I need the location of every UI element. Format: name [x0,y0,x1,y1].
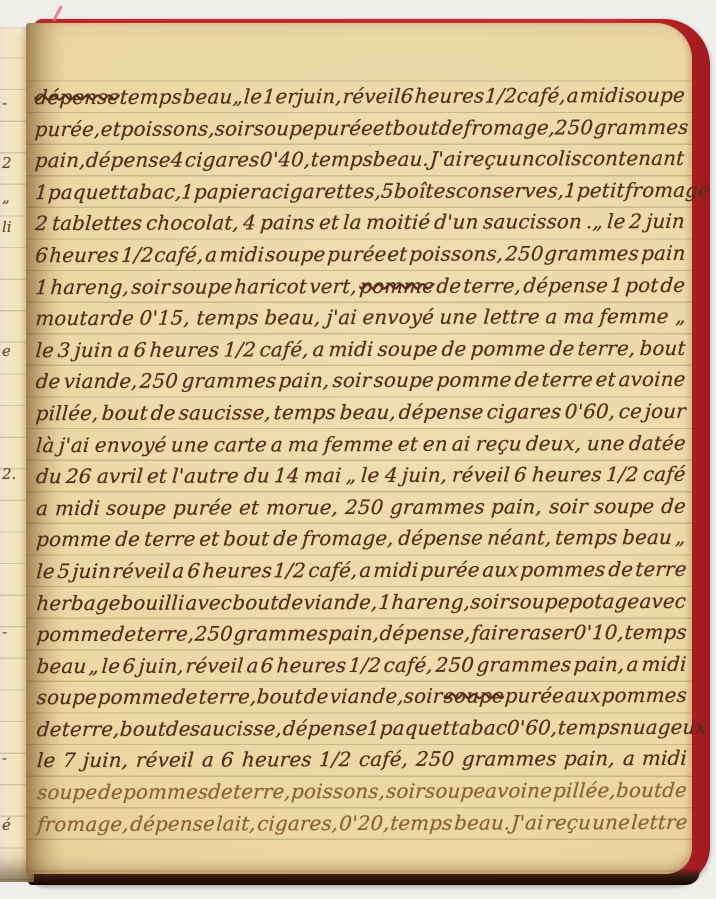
word: 6 [122,650,137,682]
word: beau [621,522,673,554]
word: heures [531,459,603,491]
word: soir [331,365,372,397]
word: avoine [485,775,554,807]
word: soir [385,776,426,808]
word: purée [172,492,233,524]
word: terre, [61,714,121,746]
word: purée, [34,113,102,145]
word: ma [562,301,595,333]
word: a [621,744,635,776]
word: j'ai [325,302,358,334]
word: pomme [436,365,513,397]
word: tabac [450,712,508,744]
word: purée [420,554,481,586]
word: 14 [273,460,301,492]
word: a [172,556,186,588]
word: 1/2 [222,334,257,366]
word: dépense [397,523,484,555]
word: 1 [34,272,49,304]
word: grammes [389,491,486,523]
word: temps [390,807,454,839]
word: le [35,556,56,588]
handwritten-line: moutarde0'15,tempsbeau,j'aienvoyéunelett… [35,301,685,335]
word: pillée, [35,398,100,430]
word: pommes [122,777,209,809]
margin-ink-fragment: li [2,218,12,236]
word: cigarettes, [271,176,382,208]
margin-ink-fragment: - [2,94,7,112]
word: beau. [372,144,430,176]
word: et [372,112,394,144]
word: a [35,493,49,525]
word: lait, [215,808,257,840]
word: soir [214,113,255,145]
word: grammes [475,649,572,681]
word: envoyé [361,302,435,334]
word: fromage, [36,808,130,840]
word: „ [345,460,358,492]
word: avril [96,461,144,493]
word: 250 [344,492,384,524]
word: grammes [180,366,277,398]
word: viande, [62,366,138,398]
word: une [585,428,625,460]
word: de [441,333,468,365]
word: 250 [554,112,594,144]
struck-word: soupe [443,681,505,713]
word: viande, [328,681,404,713]
word: „ [675,522,688,554]
word: carte [212,429,267,461]
word: temps [556,712,620,744]
word: avoine [618,364,687,396]
word: mai [303,460,343,492]
word: papier [193,176,261,208]
word: pains [259,208,316,240]
word: de [36,714,63,746]
word: pain, [328,618,381,650]
word: de [435,270,462,302]
word: pomme [35,524,112,556]
word: bout [101,398,149,430]
handwritten-line: du26avriletl'autredu14mai„le4juin,réveil… [36,459,686,493]
word: de [172,682,199,714]
word: a [312,334,326,366]
handwritten-line: pommedeterre,250grammespain,dépense,fair… [37,617,687,651]
word: et [146,461,168,493]
word: l'autre [171,461,240,493]
word: de [661,775,688,807]
word: soir [469,586,510,618]
word: là [35,430,56,462]
word: pillée, [552,775,617,807]
word: d'un [433,207,479,239]
word: de [111,619,138,651]
word: lettre [630,807,688,839]
word: de [548,333,575,365]
word: saucisson [482,207,583,239]
word: soupe [373,365,435,397]
word: et [100,113,122,145]
word: temps [555,522,619,554]
word: de [438,112,465,144]
word: faire [471,618,521,650]
word: juin [71,556,112,588]
handwritten-line: pillée,boutdesaucisse,tempsbeau,dépensec… [36,396,686,430]
word: nuageux [619,712,708,744]
word: purée [504,681,565,713]
word: heures [241,745,313,777]
margin-ink-fragment: 2. [2,465,16,483]
diary-page: dépensetempsbeau„le1erjuin,réveil6heures… [26,23,692,874]
word: bouilli [120,587,186,619]
word: 1/2 [120,240,155,272]
word: soupe [105,492,167,524]
word: beau, [263,302,321,334]
word: néant, [486,523,553,555]
word: le [606,206,627,238]
word: heures [49,240,121,272]
handwritten-line: deterre,boutdesaucisse,dépense1paquettab… [37,712,687,746]
word: et [397,428,419,460]
word: réveil [451,460,511,492]
word: 26 [65,461,93,493]
word: soupe [623,80,685,112]
word: de [97,777,124,809]
word: le [35,335,56,367]
word: café, [259,334,310,366]
word: soir [403,681,444,713]
word: 0'60, [564,396,617,428]
notebook-scan: -2„lie2.--é dépensetempsbeau„le1erjuin,r… [0,0,716,899]
handwritten-line: 6heures1/2café,amidisoupepuréeetpoissons… [35,238,685,272]
word: 7 [62,745,77,777]
word: pain, [563,744,616,776]
word: de [207,777,234,809]
word: herbage [35,587,121,619]
word: du [243,460,271,492]
word: paquet [379,713,452,745]
handwritten-line: soupepommedeterre,boutdeviande,soirsoupe… [37,680,687,714]
word: bout [256,681,304,713]
word: midi [641,649,688,681]
word: midi [373,555,420,587]
word: raser [518,617,574,649]
word: terre, [198,682,258,714]
word: 6 [260,650,275,682]
word: soupe [36,682,98,714]
word: soupe [593,491,655,523]
word: jour [644,396,687,428]
word: 0'10, [572,617,625,649]
word: 0'60, [506,712,559,744]
word: grammes [233,618,330,650]
word: 5 [56,556,71,588]
word: de [35,366,62,398]
word: terre [634,554,687,586]
word: 2 [34,208,49,240]
word: midi [328,334,375,366]
word: pain, [573,649,626,681]
word: j'ai [58,429,91,461]
word: réveil [135,745,195,777]
word: poissons, [408,238,504,270]
word: café, [307,555,358,587]
word: beau, [339,397,397,429]
word: temps [195,303,259,335]
word: boîtes [393,175,457,207]
word: femme [599,301,670,333]
handwritten-line: deviande,250grammespain,soirsoupepommede… [36,364,686,398]
word: 4 [170,145,185,177]
word: 6 [400,81,415,113]
word: vert, [308,271,358,303]
word: „ [674,301,687,333]
word: grammes [544,238,641,270]
word: de [164,713,191,745]
word: 4 [384,460,399,492]
word: heures [413,81,485,113]
word: pain, [490,491,543,523]
word: une [591,807,631,839]
word: poissons, [291,776,387,808]
word: a [116,335,130,367]
word: cigares [184,145,261,177]
word: 1/2 [605,459,640,491]
word: dépense [85,145,172,177]
word: de [114,524,141,556]
word: de [607,554,634,586]
word: grammes [461,744,558,776]
word: de [659,269,686,301]
word: réveil [185,650,245,682]
word: beau [36,651,88,683]
word: heures [275,650,347,682]
word: aux [564,680,602,712]
word: dépense [522,270,609,302]
word: ai [451,428,472,460]
word: colis [534,143,583,175]
word: petit [576,175,626,207]
margin-ink-fragment: e [2,342,11,360]
word: avec [639,585,688,617]
word: aux [481,554,519,586]
word: juin, [137,650,184,682]
word: 0'40, [259,144,312,176]
word: „ [88,651,101,683]
word: a [201,745,215,777]
word: bout [118,714,166,746]
word: 250 [194,619,234,651]
word: 6 [513,460,528,492]
word: pomme [469,333,546,365]
word: un [508,144,536,176]
word: J'ai [510,807,544,839]
word: et [318,207,340,239]
handwritten-line: fromage,dépenselait,cigares,0'20,tempsbe… [37,807,687,841]
word: soupe [508,586,570,618]
word: juin, [401,460,448,492]
word: en [422,428,449,460]
handwritten-line: beau„le6juin,réveila6heures1/2café,250gr… [37,649,687,683]
word: chocolat, [145,208,240,240]
word: le [36,746,57,778]
word: reçu [462,144,510,176]
handwritten-line: dépensetempsbeau„le1erjuin,réveil6heures… [35,80,685,114]
word: café, [516,80,567,112]
word: ma [287,429,320,461]
handwritten-line: le7juin,réveila6heures1/2café,250grammes… [37,743,687,777]
word: une [170,429,210,461]
word: deux, [525,428,583,460]
word: temps [623,617,687,649]
word: 6 [186,555,201,587]
word: juin [74,335,115,367]
word: terre, [232,776,292,808]
word: bout [638,333,686,365]
handwritten-text: dépensetempsbeau„le1erjuin,réveil6heures… [35,80,688,841]
margin-ink-fragment: - [2,749,7,767]
handwritten-line: le5juinréveila6heures1/2café,amidipuréea… [36,554,686,588]
word: café [642,459,687,491]
word: du [35,461,63,493]
word: pommes [601,680,688,712]
word: J'ai [429,144,463,176]
word: et [387,239,409,271]
word: a [270,429,284,461]
word: potage [569,586,641,618]
word: une [439,302,479,334]
word: terre [541,365,594,397]
word: 1/2 [348,650,383,682]
word: terre, [577,333,637,365]
word: soupe [171,271,233,303]
word: heures [201,555,273,587]
word: bout [392,112,440,144]
word: soupe [36,777,98,809]
word: et [238,492,260,524]
word: la [342,207,363,239]
word: 0'20, [338,808,391,840]
word: tablettes [51,208,143,240]
word: a [246,650,260,682]
word: pomme [36,619,113,651]
word: de [660,491,687,523]
word: paquet [47,177,120,209]
word: grammes [593,111,690,143]
handwritten-line: le3juina6heures1/2café,amidisoupedepomme… [36,333,686,367]
handwritten-line: herbagebouilliavecboutdeviande,1hareng,s… [36,585,686,619]
word: 6 [220,745,235,777]
word: saucisse, [189,713,283,745]
word: reçu [544,807,592,839]
word: pain [640,238,686,270]
word: beau. [453,807,511,839]
word: midi [218,239,265,271]
word: terre, [136,619,196,651]
word: 6 [132,334,147,366]
word: cigares [486,396,563,428]
handwritten-line: pain,dépense4cigares0'40,tempsbeau.J'air… [35,143,685,177]
word: morue, [265,492,339,524]
word: cigares, [256,808,339,840]
word: 1/2 [273,555,308,587]
word: 4 [242,208,257,240]
word: midi [54,493,101,525]
word: de [150,398,177,430]
handwritten-line: purée,etpoissons,soirsoupepuréeetboutdef… [35,111,685,145]
word: envoyé [93,429,167,461]
word: le [360,460,381,492]
word: de [273,524,300,556]
struck-word: dépense [34,82,121,114]
word: 250 [139,366,179,398]
word: dépense [129,808,216,840]
word: pomme [97,682,174,714]
word: le [242,81,263,113]
word: soir [548,491,589,523]
handwritten-line: 1hareng,soirsoupeharicotvert,pommedeterr… [35,269,685,303]
word: moitié [365,207,431,239]
word: midi [578,80,625,112]
word: avec [184,587,233,619]
word: temps [273,397,337,429]
word: purée [313,113,374,145]
word: beau [181,81,233,113]
word: poissons, [120,113,216,145]
word: .„ [585,207,604,239]
word: haricot [234,271,309,303]
word: café, [154,240,205,272]
word: juin, [296,81,343,113]
handwritten-line: pommedeterreetboutdefromage,dépensenéant… [36,522,686,556]
margin-ink-fragment: é [2,816,11,834]
word: terre [143,524,196,556]
margin-ink-fragment: - [2,623,7,641]
word: fromage, [463,112,557,144]
margin-ink-fragment: „ [2,188,10,206]
word: juin, [82,745,129,777]
handwritten-line: 2tabletteschocolat,4painsetlamoitiéd'uns… [35,206,685,240]
word: ce [617,396,642,428]
margin-ink-fragment: 2 [2,154,12,172]
word: dépense, [379,618,472,650]
word: datée [628,427,687,459]
word: pot [624,270,659,302]
handwritten-line: amidisoupepuréeetmorue,250grammespain,so… [36,491,686,525]
word: conserves, [455,175,565,207]
word: 1/2 [318,744,353,776]
word: café, [383,649,434,681]
word: hareng, [49,271,130,303]
word: de [513,365,540,397]
word: bout [223,524,271,556]
word: 6 [34,240,49,272]
word: a [204,239,218,271]
word: temps [119,82,183,114]
word: terre, [462,270,522,302]
word: soupe [424,776,486,808]
word: 0'15, [139,303,192,335]
word: viande, [303,586,379,618]
word: dépense [281,713,368,745]
word: café, [358,744,409,776]
word: femme [323,428,394,460]
word: tabac, [118,176,183,208]
word: soupe [252,113,314,145]
word: pommes [520,554,607,586]
word: temps [310,144,374,176]
